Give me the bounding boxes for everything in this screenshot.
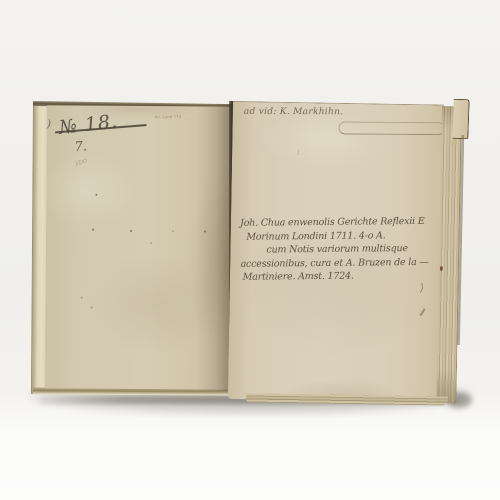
pencil-slant-mark (420, 308, 426, 316)
faint-ink-smudge: ypo (74, 156, 88, 166)
note-line-3: cum Notis variorum multisque (240, 242, 430, 257)
ink-dot (91, 307, 93, 309)
header-inscription: ad vid: K. Markhihn. (244, 107, 344, 117)
handwritten-note: Joh. Chua enwenolis Gerichte Reflexii E … (240, 215, 431, 284)
ink-dot (172, 230, 174, 232)
faint-figure: 1 · (296, 149, 306, 158)
note-line-4: accessionibus, cura et A. Bruzen de la — (240, 255, 430, 270)
corner-ink-mark: ) (45, 117, 52, 131)
pencil-inscription: Ab. Lund 774 · · (143, 114, 193, 125)
ink-dot (130, 230, 132, 232)
pencil-check-mark: ⟩ (419, 281, 425, 295)
photo-scene: ) № 18. 7. ypo Ab. Lund 774 · · ad vid: … (0, 0, 500, 500)
gutter-shading-left (196, 104, 231, 391)
note-line-5: Martiniere. Amst. 1724. (241, 269, 431, 284)
fore-edge-fleck (440, 266, 443, 271)
ink-dot (95, 194, 97, 196)
pencil-inscription-line2: · · (143, 119, 193, 125)
ink-dot (150, 242, 152, 244)
right-page: ad vid: K. Markhihn. 1 · Joh. Chua enwen… (228, 101, 444, 403)
note-line-1: Joh. Chua enwenolis Gerichte Reflexii E (240, 215, 430, 230)
shelf-number: № 18. (58, 110, 119, 139)
paper-slip-impression (339, 121, 445, 135)
secondary-number: 7. (74, 139, 87, 155)
ink-dot (92, 229, 94, 231)
ink-dot (81, 297, 83, 299)
cover-top-right-corner (452, 99, 469, 140)
